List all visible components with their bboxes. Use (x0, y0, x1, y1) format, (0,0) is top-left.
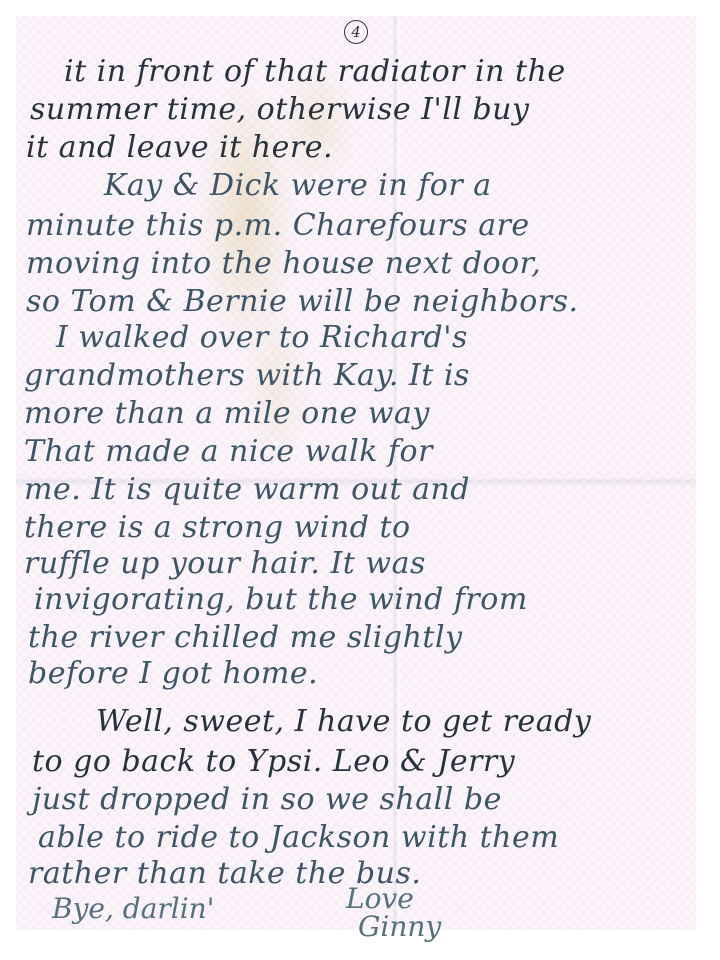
letter-line: invigorating, but the wind from (34, 582, 528, 617)
letter-signoff: Bye, darlin' (52, 892, 214, 925)
letter-line: ruffle up your hair. It was (24, 546, 426, 581)
letter-line: me. It is quite warm out and (24, 472, 470, 507)
letter-line: moving into the house next door, (26, 246, 541, 281)
letter-line: more than a mile one way (24, 396, 430, 431)
letter-line: That made a nice walk for (24, 434, 433, 469)
letter-line: so Tom & Bernie will be neighbors. (26, 284, 579, 319)
letter-line: to go back to Ypsi. Leo & Jerry (32, 744, 515, 779)
letter-line: before I got home. (28, 656, 318, 691)
letter-line: able to ride to Jackson with them (38, 820, 559, 855)
letter-line: I walked over to Richard's (56, 320, 468, 355)
letter-line: Kay & Dick were in for a (104, 168, 492, 203)
letter-page: 4 it in front of that radiator in the su… (16, 16, 696, 930)
letter-line: just dropped in so we shall be (32, 782, 502, 817)
letter-signature: Ginny (358, 910, 441, 943)
letter-line: it and leave it here. (26, 130, 333, 165)
letter-line: minute this p.m. Charefours are (26, 208, 530, 243)
page-number: 4 (344, 20, 368, 44)
letter-line: grandmothers with Kay. It is (24, 358, 470, 393)
letter-line: Well, sweet, I have to get ready (96, 704, 591, 739)
letter-line: summer time, otherwise I'll buy (30, 92, 529, 127)
letter-line: there is a strong wind to (24, 510, 411, 545)
letter-line: the river chilled me slightly (28, 620, 463, 655)
letter-line: it in front of that radiator in the (64, 54, 566, 89)
